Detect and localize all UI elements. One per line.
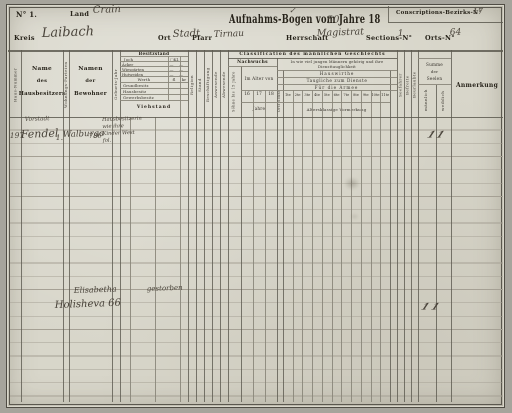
grid-line-vertical (332, 90, 333, 402)
grid-line-vertical (228, 50, 229, 402)
form-title: Aufnahms-Bogen vom Jahre 18 (229, 14, 381, 27)
herrschaft-value-handwriting: Magistrat (317, 26, 365, 39)
grid-line-vertical (277, 58, 278, 402)
armee-klasse-label: 8te (351, 93, 361, 101)
anmerkung-label: Anmerkung (451, 80, 503, 90)
entry-note-handwriting: Hausbesitzerinwie ihreKinder Westfol. (102, 115, 173, 145)
land-label: Land (70, 10, 89, 18)
right-column-label: Beurlaubte (411, 55, 418, 115)
grid-line-horizontal (120, 88, 188, 89)
entry2-line2-handwriting: Holisheva 66 (55, 298, 121, 311)
nachwuchs-label: Nachwuchs (228, 59, 277, 66)
scanned-conscription-form: N° 1. Land Crain ✓ Aufnahms-Bogen vom Ja… (0, 0, 512, 413)
hauswirthe-label: Hauswirthe (277, 70, 397, 77)
column-haus-nummer: Haus-Nummer (10, 55, 21, 115)
grid-line-vertical (322, 90, 323, 402)
table-body-rows (10, 117, 503, 403)
grid-line-horizontal (8, 50, 503, 52)
summe-sub-columns: männlichweiblich (418, 85, 451, 116)
orts-number-value: 64 (450, 28, 462, 38)
column-hausbesitzer-line2: des (21, 77, 63, 85)
age-columns: 161718 (241, 92, 277, 100)
column-bewohner-line2: der (69, 77, 112, 85)
summe-title-line3: Seelen (419, 75, 450, 81)
grid-line-vertical (361, 90, 362, 402)
grid-line-vertical (341, 90, 342, 402)
grid-line-horizontal (120, 76, 188, 77)
grid-line-horizontal (120, 71, 188, 72)
armee-klassen-columns: 1te2te3te4te5te6te7te8te9te10te11te (283, 93, 390, 101)
grid-line-horizontal (120, 66, 188, 67)
grid-line-horizontal (241, 90, 397, 91)
narrow-column-label: Abwesende (220, 55, 228, 115)
grid-line-vertical (371, 90, 372, 402)
column-hausbesitzer-line3: Hausbesitzers (21, 89, 63, 98)
jahre-label: Jahre (241, 104, 277, 112)
grid-line-vertical (411, 50, 412, 402)
diensttauglichkeit-header: In wie viel jungen Männern gehörig und i… (278, 59, 396, 70)
grid-line-vertical (418, 50, 419, 402)
armee-klasse-label: 5te (322, 93, 332, 101)
summe-title-line1: Summe (419, 61, 450, 67)
grid-line-horizontal (418, 84, 451, 85)
classification-title: Classification des männlichen Geschlecht… (228, 51, 397, 58)
kreis-value-handwriting: Laibach (41, 24, 94, 41)
right-column-label: Seefahrer (397, 55, 404, 115)
grid-line-horizontal (120, 82, 188, 83)
right-column-label: Befreite (404, 55, 411, 115)
age-column-label: 17 (253, 92, 265, 100)
grid-line-horizontal (418, 58, 451, 59)
grid-line-vertical (265, 90, 266, 402)
grid-line-vertical (69, 50, 70, 402)
narrow-column-label: Religion (188, 55, 196, 115)
sheet-number: N° 1. (16, 10, 37, 19)
right-narrow-columns: SeefahrerBefreiteBeurlaubte (397, 55, 418, 115)
age-column-label: 16 (241, 92, 253, 100)
grid-line-vertical (302, 90, 303, 402)
grid-line-vertical (404, 50, 405, 402)
grid-line-vertical (204, 50, 205, 402)
grid-line-vertical (130, 117, 131, 402)
grid-line-horizontal (277, 84, 397, 85)
column-geburts-jahr: Geburts-Jahr (112, 55, 120, 115)
pfarr-label: Pfarr (192, 34, 212, 42)
grid-line-horizontal (120, 94, 188, 95)
grid-line-vertical (120, 50, 121, 402)
armee-klasse-label: 2te (293, 93, 303, 101)
armee-klasse-label: 10te (371, 93, 381, 101)
grid-line-horizontal (10, 117, 503, 118)
kreis-label: Kreis (14, 34, 35, 42)
grid-line-horizontal (228, 58, 397, 59)
grid-line-vertical (293, 90, 294, 402)
summe-sub-column-label: männlich (418, 85, 435, 116)
grid-line-vertical (390, 70, 391, 402)
armee-klasse-label: 1te (283, 93, 293, 101)
section-label: Sections-N° (366, 34, 412, 42)
armee-klasse-label: 11te (380, 93, 390, 101)
paper-stain (350, 213, 359, 220)
grid-line-vertical (112, 50, 113, 402)
grid-line-horizontal (120, 61, 188, 62)
grid-line-horizontal (228, 66, 277, 67)
entry-birth-year: 786 (89, 132, 102, 140)
grid-line-vertical (380, 90, 381, 402)
grid-line-horizontal (277, 70, 397, 71)
narrow-columns: ReligionStandBeschäftigungAnwesendeAbwes… (188, 55, 228, 115)
entry2-name-handwriting: Elisabetha (74, 285, 117, 295)
im-alter-von-label: Im Alter von (241, 69, 277, 87)
year-handwriting: 50 (327, 15, 340, 26)
grid-line-vertical (351, 90, 352, 402)
armee-klasse-label: 4te (312, 93, 322, 101)
grid-line-vertical (397, 50, 398, 402)
besitzstand-footer: Viehstand (120, 103, 188, 111)
section-value-handwriting: 1 (398, 29, 404, 39)
nachwuchs-side-column: Söhne bis 15 Jahre (228, 66, 241, 117)
entry-owner-name: Fendel (21, 127, 59, 141)
grid-line-vertical (212, 50, 213, 402)
armee-klasse-label: 6te (332, 93, 342, 101)
grid-line-vertical (180, 56, 181, 402)
grid-line-vertical (388, 6, 389, 22)
grid-line-vertical (220, 50, 221, 402)
armee-klasse-label: 9te (361, 93, 371, 101)
entry2-status-handwriting: gestorben (147, 284, 183, 293)
grid-line-vertical (63, 50, 64, 402)
column-hausbesitzer-line1: Name (21, 64, 63, 73)
grid-line-horizontal (120, 56, 188, 57)
grid-line-vertical (188, 50, 189, 402)
grid-line-vertical (312, 90, 313, 402)
grid-line-horizontal (120, 100, 188, 101)
narrow-column-label: Stand (196, 55, 204, 115)
grid-line-vertical (283, 70, 284, 402)
column-bewohner-line1: Namen (69, 64, 112, 73)
narrow-column-label: Anwesende (212, 55, 220, 115)
armee-klasse-label: 7te (341, 93, 351, 101)
paper-stain (344, 177, 360, 190)
age-column-label: 18 (265, 92, 277, 100)
grid-line-horizontal (388, 22, 503, 23)
grid-line-horizontal (277, 77, 397, 78)
grid-line-vertical (21, 50, 22, 402)
summe-title-line2: der (419, 68, 450, 74)
narrow-column-label: Beschäftigung (204, 55, 212, 115)
grid-line-horizontal (241, 102, 390, 103)
armee-klasse-label: 3te (302, 93, 312, 101)
grid-line-vertical (196, 50, 197, 402)
taugliche-label: Taugliche zum Dienste (277, 77, 397, 84)
column-bewohner-line3: Bewohner (69, 89, 112, 98)
grid-line-vertical (155, 117, 156, 402)
land-value-handwriting: Crain (93, 4, 121, 16)
ort-label: Ort (158, 34, 171, 42)
conscription-district-label: Conscriptions-Bezirks-N° (396, 10, 481, 16)
vormerkung-label: Altersklassige Vormerkung (283, 105, 390, 113)
pfarr-value-handwriting: Tirnau (214, 29, 244, 40)
grid-line-vertical (451, 50, 452, 402)
grid-line-vertical (253, 90, 254, 402)
entry-street-handwriting: Vorstadt (25, 116, 50, 123)
conscription-district-value: 17 (473, 7, 483, 16)
